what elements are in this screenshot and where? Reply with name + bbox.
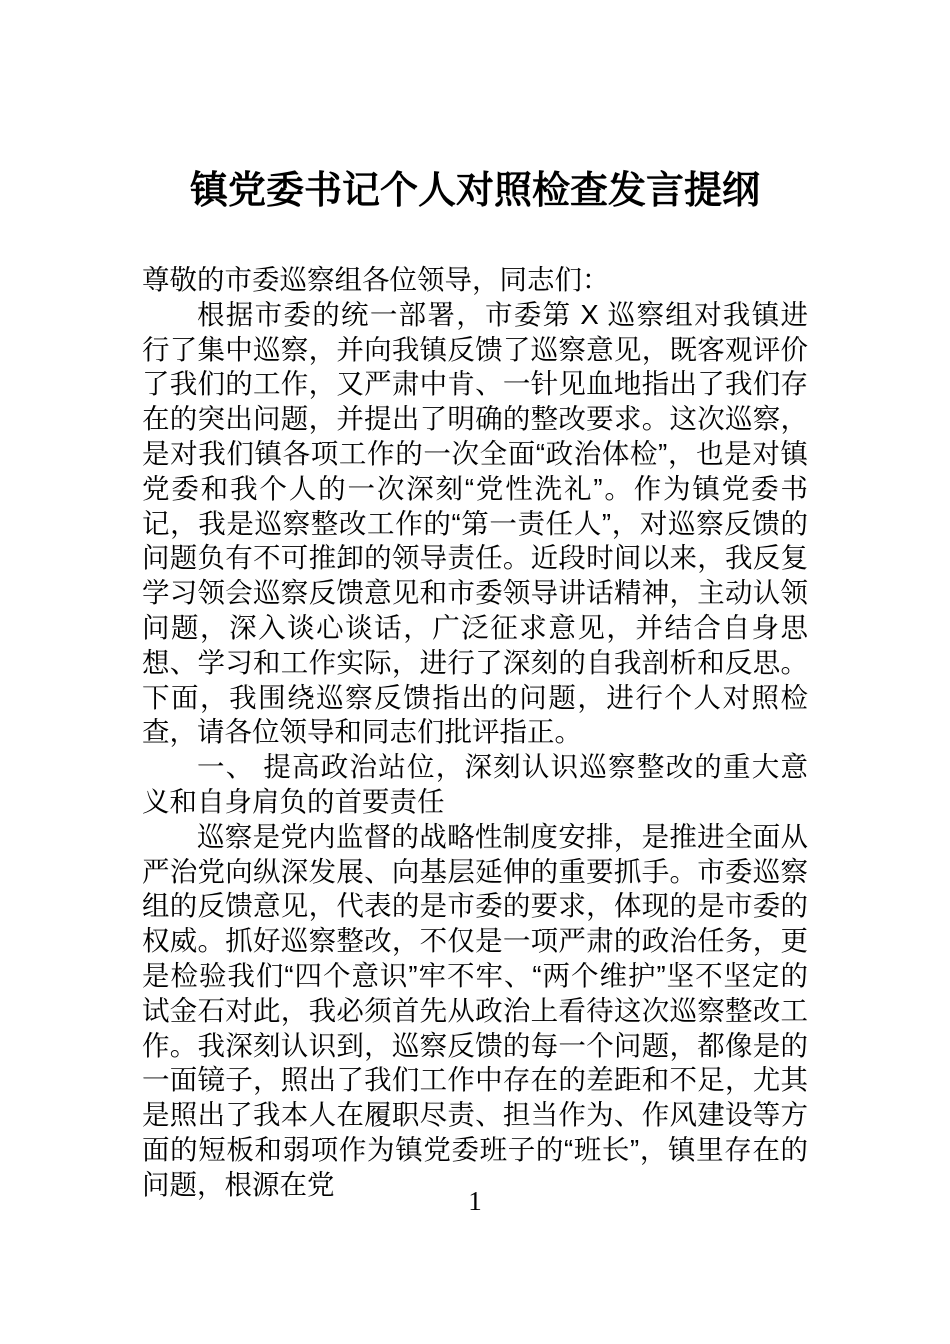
intro-paragraph: 根据市委的统一部署，市委第 X 巡察组对我镇进行了集中巡察，并向我镇反馈了巡察意… — [142, 298, 808, 750]
section-heading-1: 一、 提高政治站位，深刻认识巡察整改的重大意义和自身肩负的首要责任 — [142, 750, 808, 820]
document-title: 镇党委书记个人对照检查发言提纲 — [0, 0, 950, 214]
document-page: 镇党委书记个人对照检查发言提纲 尊敬的市委巡察组各位领导，同志们： 根据市委的统… — [0, 0, 950, 1344]
document-body: 尊敬的市委巡察组各位领导，同志们： 根据市委的统一部署，市委第 X 巡察组对我镇… — [142, 263, 808, 1203]
salutation-line: 尊敬的市委巡察组各位领导，同志们： — [142, 263, 808, 298]
section-paragraph-1: 巡察是党内监督的战略性制度安排，是推进全面从严治党向纵深发展、向基层延伸的重要抓… — [142, 820, 808, 1203]
page-number: 1 — [0, 1186, 950, 1216]
